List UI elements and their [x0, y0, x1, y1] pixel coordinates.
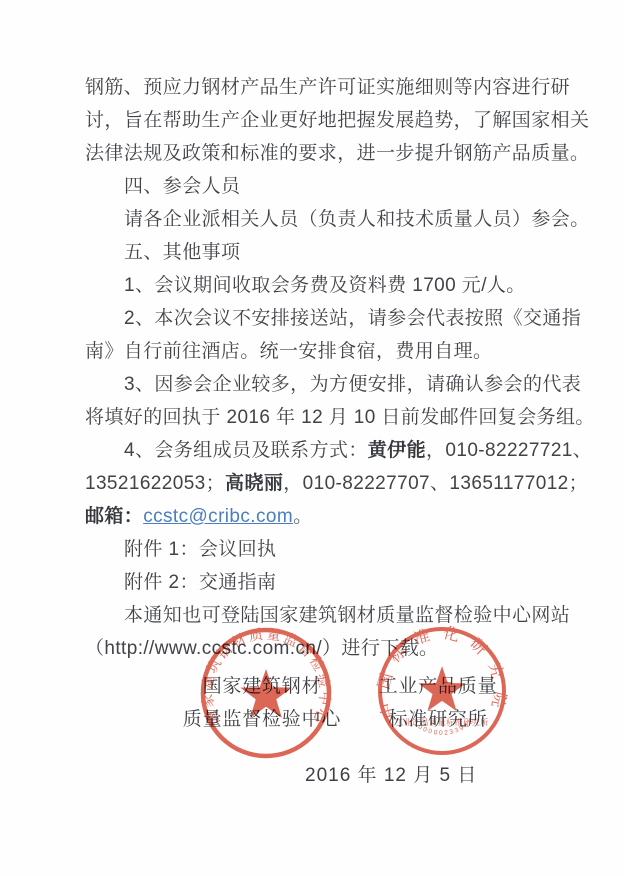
attachment-1: 附件 1：会议回执	[85, 533, 545, 566]
download-note-line-1: 本通知也可登陆国家建筑钢材质量监督检验中心网站	[85, 599, 545, 632]
contact-name-1: 黄伊能	[368, 440, 426, 461]
body-line: 2、本次会议不安排接送站，请参会代表按照《交通指	[85, 302, 545, 335]
email-line: 邮箱：ccstc@cribc.com。	[85, 500, 545, 533]
signature-right-line-1: 工业产品质量	[338, 670, 538, 703]
section-heading-participants: 四、参会人员	[85, 170, 545, 203]
notice-body: 钢筋、预应力钢材产品生产许可证实施细则等内容进行研 讨，旨在帮助生产企业更好地把…	[85, 71, 545, 665]
fee-line: 1、会议期间收取会务费及资料费 1700 元/人。	[85, 269, 545, 302]
body-line: 南》自行前往酒店。统一安排食宿，费用自理。	[85, 335, 545, 368]
signature-left-line-1: 国家建筑钢材	[158, 670, 366, 703]
attachment-2: 附件 2：交通指南	[85, 566, 545, 599]
contact-line-2: 13521622053；高晓丽，010-82227707、13651177012…	[85, 467, 545, 500]
body-line: 钢筋、预应力钢材产品生产许可证实施细则等内容进行研	[85, 71, 545, 104]
body-line: 讨，旨在帮助生产企业更好地把握发展趋势，了解国家相关	[85, 104, 545, 137]
section-heading-other-items: 五、其他事项	[85, 236, 545, 269]
signature-right-org: 工业产品质量 标准研究所	[338, 670, 538, 736]
contact-name-2: 高晓丽	[225, 473, 283, 494]
email-link[interactable]: ccstc@cribc.com	[143, 506, 293, 527]
website-url-text: http://www.ccstc.com.cn/	[104, 638, 322, 659]
signature-right-line-2: 标准研究所	[338, 703, 538, 736]
email-label: 邮箱：	[85, 506, 143, 527]
contact-line-2-phone-a: 13521622053；	[85, 473, 225, 494]
contact-line-2-phone-b: ，010-82227707、13651177012；	[283, 473, 588, 494]
contact-line-1-prefix: 4、会务组成员及联系方式：	[124, 440, 368, 461]
signature-left-org: 国家建筑钢材 质量监督检验中心	[158, 670, 366, 736]
body-line: 法律法规及政策和标准的要求，进一步提升钢筋产品质量。	[85, 137, 545, 170]
contact-line-1-phone: ，010-82227721、	[426, 440, 592, 461]
contact-line-1: 4、会务组成员及联系方式：黄伊能，010-82227721、	[85, 434, 545, 467]
paren-close: ）进行下载。	[322, 638, 438, 659]
paren-open: （	[85, 638, 104, 659]
document-date: 2016 年 12 月 5 日	[305, 760, 477, 787]
body-line: 请各企业派相关人员（负责人和技术质量人员）参会。	[85, 203, 545, 236]
reply-deadline-line: 将填好的回执于 2016 年 12 月 10 日前发邮件回复会务组。	[85, 401, 545, 434]
email-period: 。	[293, 506, 312, 527]
download-note-line-2: （http://www.ccstc.com.cn/）进行下载。	[85, 632, 545, 665]
scanned-notice-page: 钢筋、预应力钢材产品生产许可证实施细则等内容进行研 讨，旨在帮助生产企业更好地把…	[0, 0, 624, 876]
body-line: 3、因参会企业较多，为方便安排，请确认参会的代表	[85, 368, 545, 401]
signature-left-line-2: 质量监督检验中心	[158, 703, 366, 736]
